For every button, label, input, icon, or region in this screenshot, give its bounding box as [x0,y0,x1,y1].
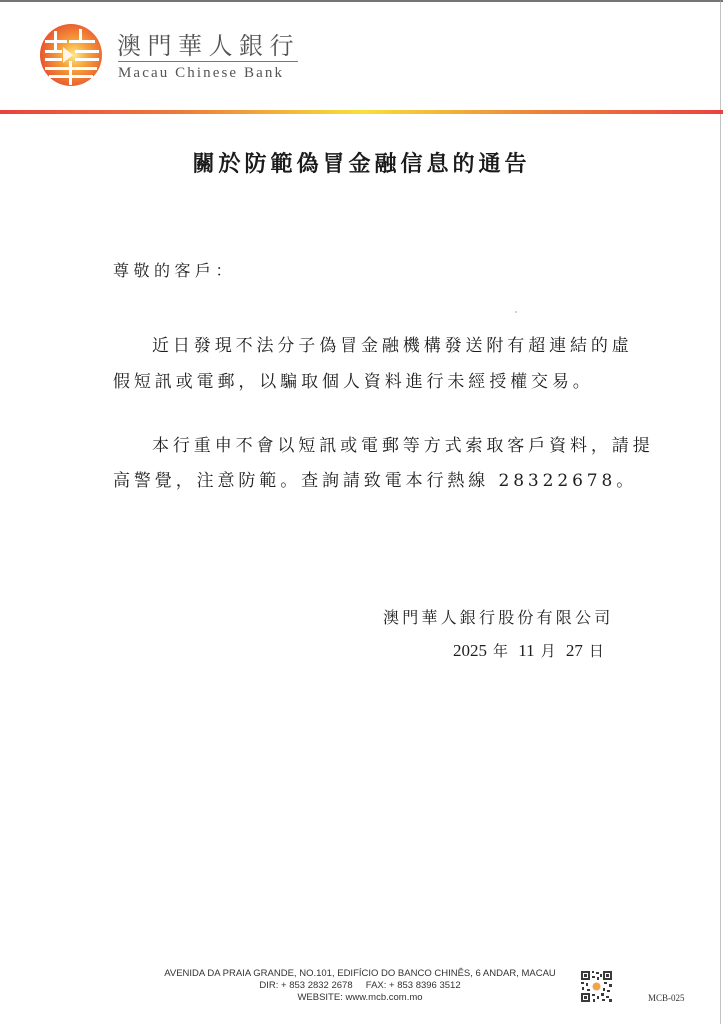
salutation: 尊敬的客戶： [113,260,236,282]
footer-address: AVENIDA DA PRAIA GRANDE, NO.101, EDIFÍCI… [140,968,580,980]
paragraph-1-line-2: 假短訊或電郵，以騙取個人資料進行未經授權交易。 [113,370,594,394]
date-day: 27 [566,641,583,660]
signature-date: 2025年 11月 27日 [453,639,610,663]
signature-company: 澳門華人銀行股份有限公司 [383,606,613,630]
paragraph-2-line-2: 高警覺，注意防範。查詢請致電本行熱線 28322678。 [113,469,637,493]
letterhead-accent-line [0,110,723,114]
document-code: MCB-025 [648,993,685,1003]
footer-contact: DIR: + 853 2832 2678 FAX: + 853 8396 351… [140,980,580,992]
notice-page: 澳門華人銀行 Macau Chinese Bank 關於防範偽冒金融信息的通告 … [0,0,723,1024]
paragraph-2-line-1: 本行重申不會以短訊或電郵等方式索取客戶資料，請提 [152,434,654,458]
date-day-unit: 日 [589,642,604,660]
scan-speck [515,311,517,313]
qr-code-icon [580,970,613,1003]
date-month-unit: 月 [541,642,556,660]
notice-title: 關於防範偽冒金融信息的通告 [0,150,723,180]
mcb-logo-icon [39,23,103,87]
date-month: 11 [518,641,534,660]
date-year-unit: 年 [493,642,508,660]
footer-website: WEBSITE: www.mcb.com.mo [140,992,580,1004]
footer-address-block: AVENIDA DA PRAIA GRANDE, NO.101, EDIFÍCI… [140,968,580,1004]
scan-top-edge [0,0,723,2]
date-year: 2025 [453,641,487,660]
bank-name-english: Macau Chinese Bank [118,64,284,82]
paragraph-1-line-1: 近日發現不法分子偽冒金融機構發送附有超連結的虛 [152,334,633,358]
bank-name-chinese: 澳門華人銀行 [117,31,300,61]
letterhead-divider [118,61,298,62]
